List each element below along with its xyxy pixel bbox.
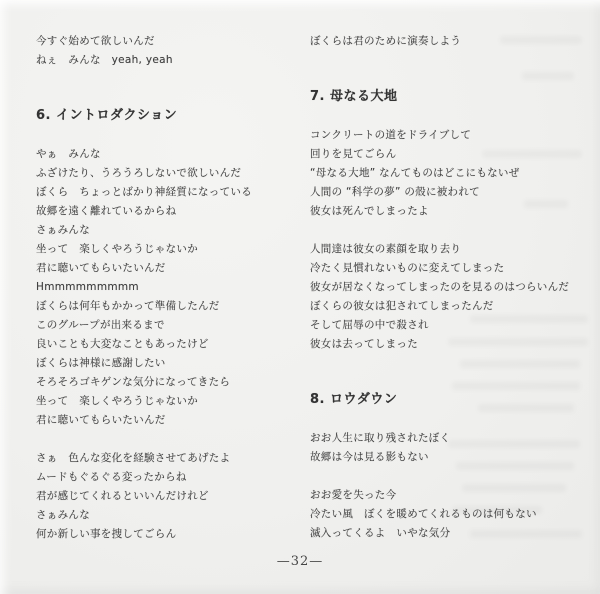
lyric-line: 彼女が居なくなってしまったのを見るのはつらいんだ xyxy=(310,278,596,297)
lyric-line: 坐って 楽しくやろうじゃないか xyxy=(36,392,304,411)
section-heading: 6. イントロダクション xyxy=(36,106,304,126)
lyric-line: さぁみんな xyxy=(36,506,304,525)
lyric-line: ムードもぐるぐる変ったからね xyxy=(36,468,304,487)
lyric-line: 冷たく見慣れないものに変えてしまった xyxy=(310,259,596,278)
lyric-line: さぁみんな xyxy=(36,221,304,240)
lyrics-column-left: 今すぐ始めて欲しいんだねぇ みんな yeah, yeah6. イントロダクション… xyxy=(36,32,304,544)
lyric-line: コンクリートの道をドライブして xyxy=(310,126,596,145)
lyric-line: ぼくらは何年もかかって準備したんだ xyxy=(36,297,304,316)
lyric-line: 今すぐ始めて欲しいんだ xyxy=(36,32,304,51)
lyric-line: ぼくらの彼女は犯されてしまったんだ xyxy=(310,297,596,316)
lyric-line: Hmmmmmmmmm xyxy=(36,278,304,297)
lyric-line: ふざけたり、うろうろしないで欲しいんだ xyxy=(36,164,304,183)
stanza: さぁ 色んな変化を経験させてあげたよムードもぐるぐる変ったからね君が感じてくれる… xyxy=(36,449,304,544)
lyric-line: ねぇ みんな yeah, yeah xyxy=(36,51,304,70)
stanza: やぁ みんなふざけたり、うろうろしないで欲しいんだぼくら ちょっとばかり神経質に… xyxy=(36,145,304,430)
lyric-line: ぼくらは神様に感謝したい xyxy=(36,354,304,373)
carryover-stanza: 今すぐ始めて欲しいんだねぇ みんな yeah, yeah xyxy=(36,32,304,70)
lyric-line: やぁ みんな xyxy=(36,145,304,164)
lyric-line: そろそろゴキゲンな気分になってきたら xyxy=(36,373,304,392)
lyric-line: “母なる大地” なんてものはどこにもないぜ xyxy=(310,164,596,183)
lyric-line: 何か新しい事を捜してごらん xyxy=(36,525,304,544)
lyric-line: 人間達は彼女の素顔を取り去り xyxy=(310,240,596,259)
section-heading: 7. 母なる大地 xyxy=(310,87,596,107)
lyric-line: ぼくら ちょっとばかり神経質になっている xyxy=(36,183,304,202)
lyric-line: 良いことも大変なこともあったけど xyxy=(36,335,304,354)
lyric-line: このグループが出来るまで xyxy=(36,316,304,335)
lyric-line: 君が感じてくれるといいんだけれど xyxy=(36,487,304,506)
lyric-line: 坐って 楽しくやろうじゃないか xyxy=(36,240,304,259)
lyric-line: 君に聴いてもらいたいんだ xyxy=(36,259,304,278)
lyric-line: さぁ 色んな変化を経験させてあげたよ xyxy=(36,449,304,468)
stanza: 人間達は彼女の素顔を取り去り冷たく見慣れないものに変えてしまった彼女が居なくなっ… xyxy=(310,240,596,354)
lyric-line: 君に聴いてもらいたいんだ xyxy=(36,411,304,430)
scanned-lyrics-page: 今すぐ始めて欲しいんだねぇ みんな yeah, yeah6. イントロダクション… xyxy=(0,0,600,594)
lyric-line: 故郷を遠く離れているからね xyxy=(36,202,304,221)
page-number: —32— xyxy=(0,554,600,569)
